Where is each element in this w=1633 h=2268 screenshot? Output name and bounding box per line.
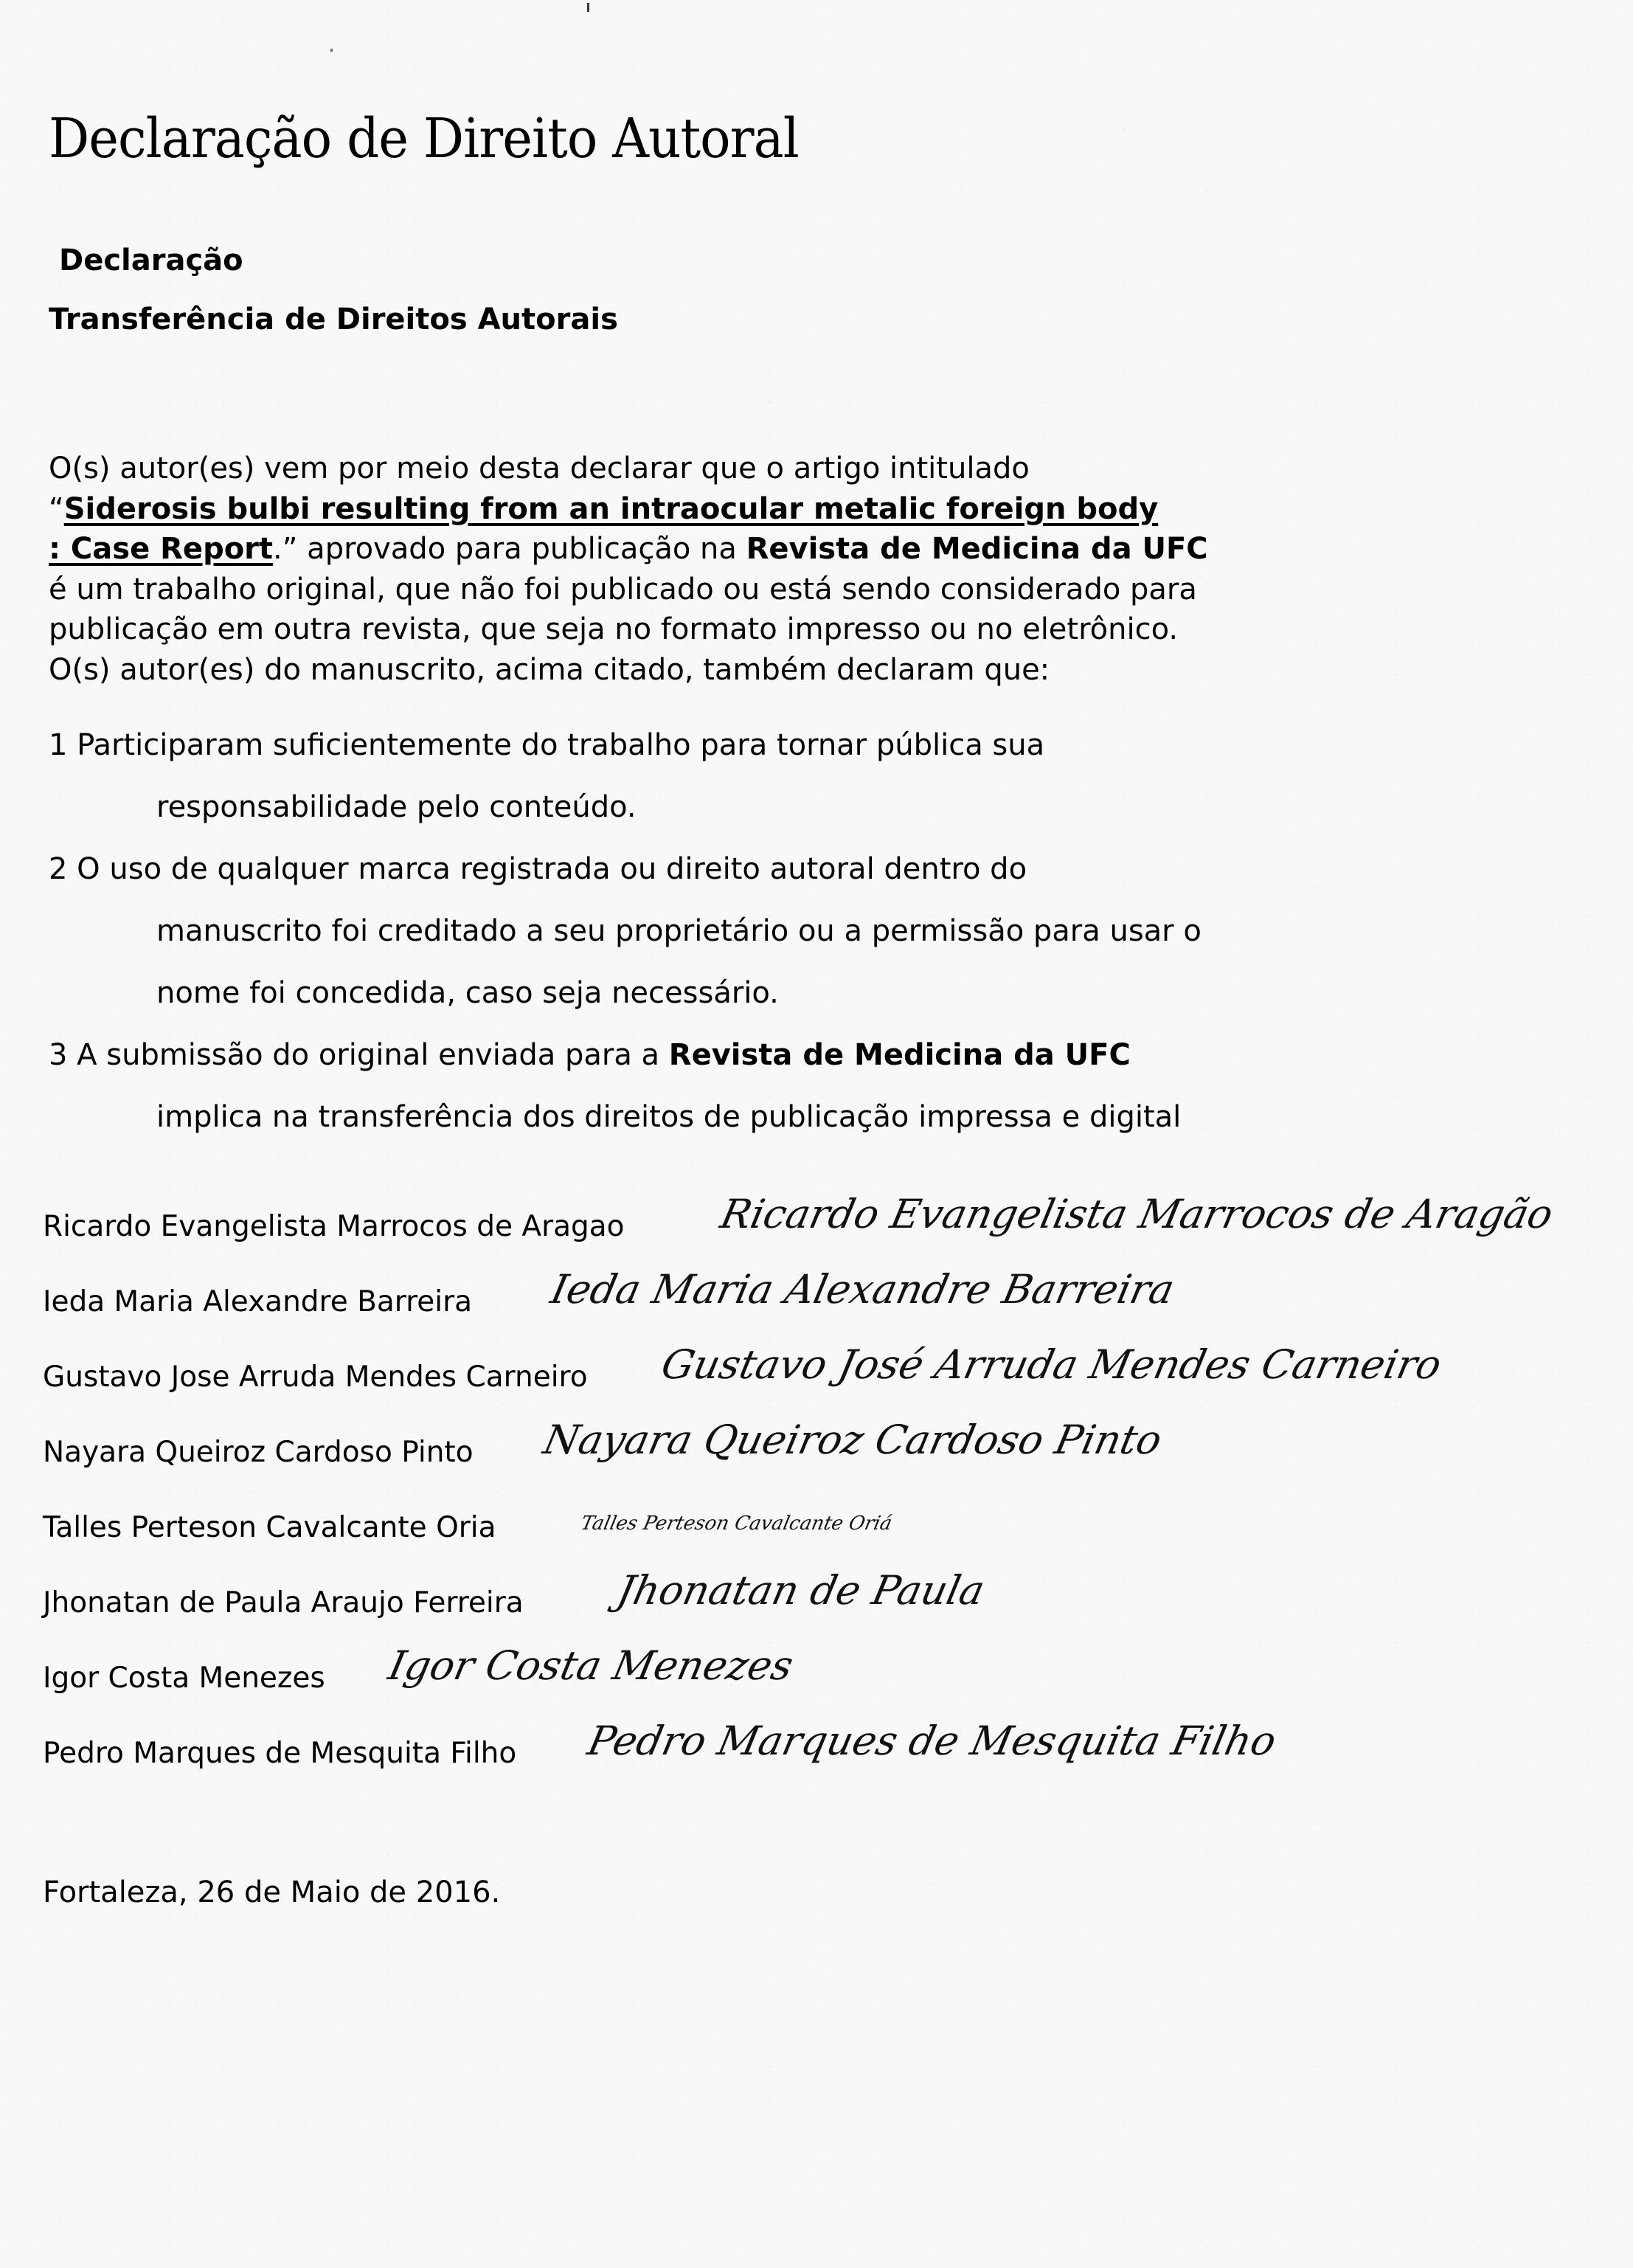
list-text: O uso de qualquer marca registrada ou di… [77,852,1027,886]
signatory-name: Ieda Maria Alexandre Barreira [43,1285,472,1318]
intro-line-3: : Case Report.” aprovado para publicação… [49,529,1208,570]
place-and-date: Fortaleza, 26 de Maio de 2016. [43,1875,500,1909]
handwritten-signature: Pedro Marques de Mesquita Filho [583,1718,1280,1764]
section-heading-transferencia: Transferência de Direitos Autorais [49,302,618,336]
scan-speck [587,3,589,12]
handwritten-signature: Talles Perteson Cavalcante Oriá [579,1512,894,1535]
handwritten-signature: Ieda Maria Alexandre Barreira [547,1266,1178,1313]
open-quote: “ [49,492,64,526]
signatory-name: Pedro Marques de Mesquita Filho [43,1737,516,1770]
list-item-2-line-3: nome foi concedida, caso seja necessário… [49,962,1202,1024]
handwritten-signature: Gustavo José Arruda Mendes Carneiro [657,1341,1446,1388]
intro-line-2: “Siderosis bulbi resulting from an intra… [49,489,1208,530]
intro-paragraph: O(s) autor(es) vem por meio desta declar… [49,449,1208,690]
signatory-name: Jhonatan de Paula Araujo Ferreira [43,1586,524,1619]
section-heading-declaracao: Declaração [59,243,243,277]
declaration-list: 1 Participaram suficientemente do trabal… [49,714,1202,1148]
list-item-2-line-2: manuscrito foi creditado a seu proprietá… [49,900,1202,962]
signatory-name: Nayara Queiroz Cardoso Pinto [43,1436,474,1469]
intro-line-4: é um trabalho original, que não foi publ… [49,570,1208,610]
list-number: 3 [49,1038,67,1072]
list-item-3-line-1: 3 A submissão do original enviada para a… [49,1024,1202,1086]
article-title-part-1: Siderosis bulbi resulting from an intrao… [64,492,1159,526]
article-title-part-2: : Case Report [49,532,273,566]
signatory-name: Gustavo Jose Arruda Mendes Carneiro [43,1361,588,1394]
signatory-name: Igor Costa Menezes [43,1662,325,1695]
list-item-1-line-2: responsabilidade pelo conteúdo. [49,776,1202,838]
handwritten-signature: Ricardo Evangelista Marrocos de Aragão [716,1191,1557,1237]
list-number: 1 [49,728,67,762]
intro-line-1: O(s) autor(es) vem por meio desta declar… [49,449,1208,489]
list-item-2-line-1: 2 O uso de qualquer marca registrada ou … [49,838,1202,900]
signatory-name: Ricardo Evangelista Marrocos de Aragao [43,1210,625,1243]
journal-name: Revista de Medicina da UFC [746,532,1208,566]
list-text: A submissão do original enviada para a [77,1038,669,1072]
intro-line-6: O(s) autor(es) do manuscrito, acima cita… [49,650,1208,691]
signatory-name: Talles Perteson Cavalcante Oria [43,1511,496,1544]
list-text: Participaram suficientemente do trabalho… [77,728,1044,762]
handwritten-signature: Jhonatan de Paula [613,1567,988,1614]
scan-speck [330,49,333,52]
intro-line-5: publicação em outra revista, que seja no… [49,609,1208,650]
list-item-3-line-2: implica na transferência dos direitos de… [49,1086,1202,1148]
journal-name: Revista de Medicina da UFC [669,1038,1131,1072]
list-item-1-line-1: 1 Participaram suficientemente do trabal… [49,714,1202,776]
document-title: Declaração de Direito Autoral [49,107,799,170]
handwritten-signature: Igor Costa Menezes [384,1642,797,1689]
list-number: 2 [49,852,67,886]
after-title-text: .” aprovado para publicação na [273,532,746,566]
handwritten-signature: Nayara Queiroz Cardoso Pinto [539,1417,1165,1463]
